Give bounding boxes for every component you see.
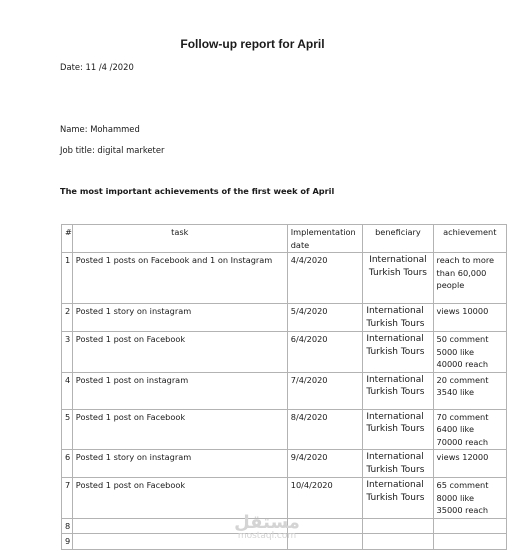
date-cell: 10/4/2020: [287, 478, 363, 519]
achievement-cell: 50 comment5000 like40000 reach: [433, 332, 506, 373]
task-cell: Posted 1 story on instagram: [72, 304, 287, 332]
date-cell: 9/4/2020: [287, 450, 363, 478]
section-heading: The most important achievements of the f…: [60, 186, 334, 196]
row-number: 6: [62, 450, 73, 478]
achievement-line: views 12000: [437, 451, 503, 464]
beneficiary-cell: International Turkish Tours: [363, 304, 433, 332]
beneficiary-cell: International Turkish Tours: [363, 253, 433, 304]
achievement-cell: [433, 534, 506, 550]
table-row: 5Posted 1 post on Facebook8/4/2020Intern…: [62, 409, 507, 450]
date-cell: [287, 518, 363, 534]
beneficiary-cell: International Turkish Tours: [363, 332, 433, 373]
row-number: 4: [62, 372, 73, 409]
achievement-line: 3540 like: [437, 386, 503, 399]
achievement-cell: views 10000: [433, 304, 506, 332]
date-cell: 8/4/2020: [287, 409, 363, 450]
task-cell: [72, 534, 287, 550]
table-row: 9: [62, 534, 507, 550]
beneficiary-cell: [363, 534, 433, 550]
achievement-line: 8000 like: [437, 492, 503, 505]
table-row: 8: [62, 518, 507, 534]
task-cell: [72, 518, 287, 534]
table-row: 1Posted 1 posts on Facebook and 1 on Ins…: [62, 253, 507, 304]
task-cell: Posted 1 post on Facebook: [72, 409, 287, 450]
task-cell: Posted 1 posts on Facebook and 1 on Inst…: [72, 253, 287, 304]
header-beneficiary: beneficiary: [363, 225, 433, 253]
table-row: 6Posted 1 story on instagram9/4/2020Inte…: [62, 450, 507, 478]
achievement-cell: [433, 518, 506, 534]
row-number: 1: [62, 253, 73, 304]
achievement-line: reach to more than 60,000 people: [437, 254, 503, 292]
achievement-cell: reach to more than 60,000 people: [433, 253, 506, 304]
beneficiary-cell: [363, 518, 433, 534]
employee-name: Name: Mohammed: [60, 124, 140, 134]
report-title: Follow-up report for April: [0, 37, 505, 51]
row-number: 3: [62, 332, 73, 373]
table-row: 7Posted 1 post on Facebook10/4/2020Inter…: [62, 478, 507, 519]
header-task: task: [72, 225, 287, 253]
row-number: 8: [62, 518, 73, 534]
date-cell: 7/4/2020: [287, 372, 363, 409]
date-cell: [287, 534, 363, 550]
achievement-line: 70 comment: [437, 411, 503, 424]
achievement-cell: 65 comment8000 like35000 reach: [433, 478, 506, 519]
date-cell: 5/4/2020: [287, 304, 363, 332]
date-cell: 4/4/2020: [287, 253, 363, 304]
row-number: 9: [62, 534, 73, 550]
task-cell: Posted 1 post on Facebook: [72, 478, 287, 519]
row-number: 5: [62, 409, 73, 450]
beneficiary-cell: International Turkish Tours: [363, 450, 433, 478]
header-achievement: achievement: [433, 225, 506, 253]
achievement-line: 6400 like: [437, 423, 503, 436]
table-row: 2Posted 1 story on instagram5/4/2020Inte…: [62, 304, 507, 332]
date-cell: 6/4/2020: [287, 332, 363, 373]
job-title: Job title: digital marketer: [60, 145, 164, 155]
achievement-line: 70000 reach: [437, 436, 503, 449]
task-cell: Posted 1 story on instagram: [72, 450, 287, 478]
achievement-cell: views 12000: [433, 450, 506, 478]
table-header-row: # task Implementation date beneficiary a…: [62, 225, 507, 253]
report-date: Date: 11 /4 /2020: [60, 62, 134, 72]
task-cell: Posted 1 post on instagram: [72, 372, 287, 409]
beneficiary-cell: International Turkish Tours: [363, 409, 433, 450]
beneficiary-cell: International Turkish Tours: [363, 372, 433, 409]
achievement-line: 50 comment: [437, 333, 503, 346]
achievements-table: # task Implementation date beneficiary a…: [61, 224, 507, 550]
achievement-cell: 70 comment6400 like70000 reach: [433, 409, 506, 450]
achievement-line: views 10000: [437, 305, 503, 318]
header-date: Implementation date: [287, 225, 363, 253]
task-cell: Posted 1 post on Facebook: [72, 332, 287, 373]
table-body: 1Posted 1 posts on Facebook and 1 on Ins…: [62, 253, 507, 550]
beneficiary-cell: International Turkish Tours: [363, 478, 433, 519]
achievement-line: 65 comment: [437, 479, 503, 492]
row-number: 7: [62, 478, 73, 519]
row-number: 2: [62, 304, 73, 332]
table-row: 4Posted 1 post on instagram7/4/2020Inter…: [62, 372, 507, 409]
achievement-cell: 20 comment3540 like: [433, 372, 506, 409]
achievement-line: 5000 like: [437, 346, 503, 359]
table-row: 3Posted 1 post on Facebook6/4/2020Intern…: [62, 332, 507, 373]
header-num: #: [62, 225, 73, 253]
achievement-line: 40000 reach: [437, 358, 503, 371]
achievement-line: 35000 reach: [437, 504, 503, 517]
achievement-line: 20 comment: [437, 374, 503, 387]
